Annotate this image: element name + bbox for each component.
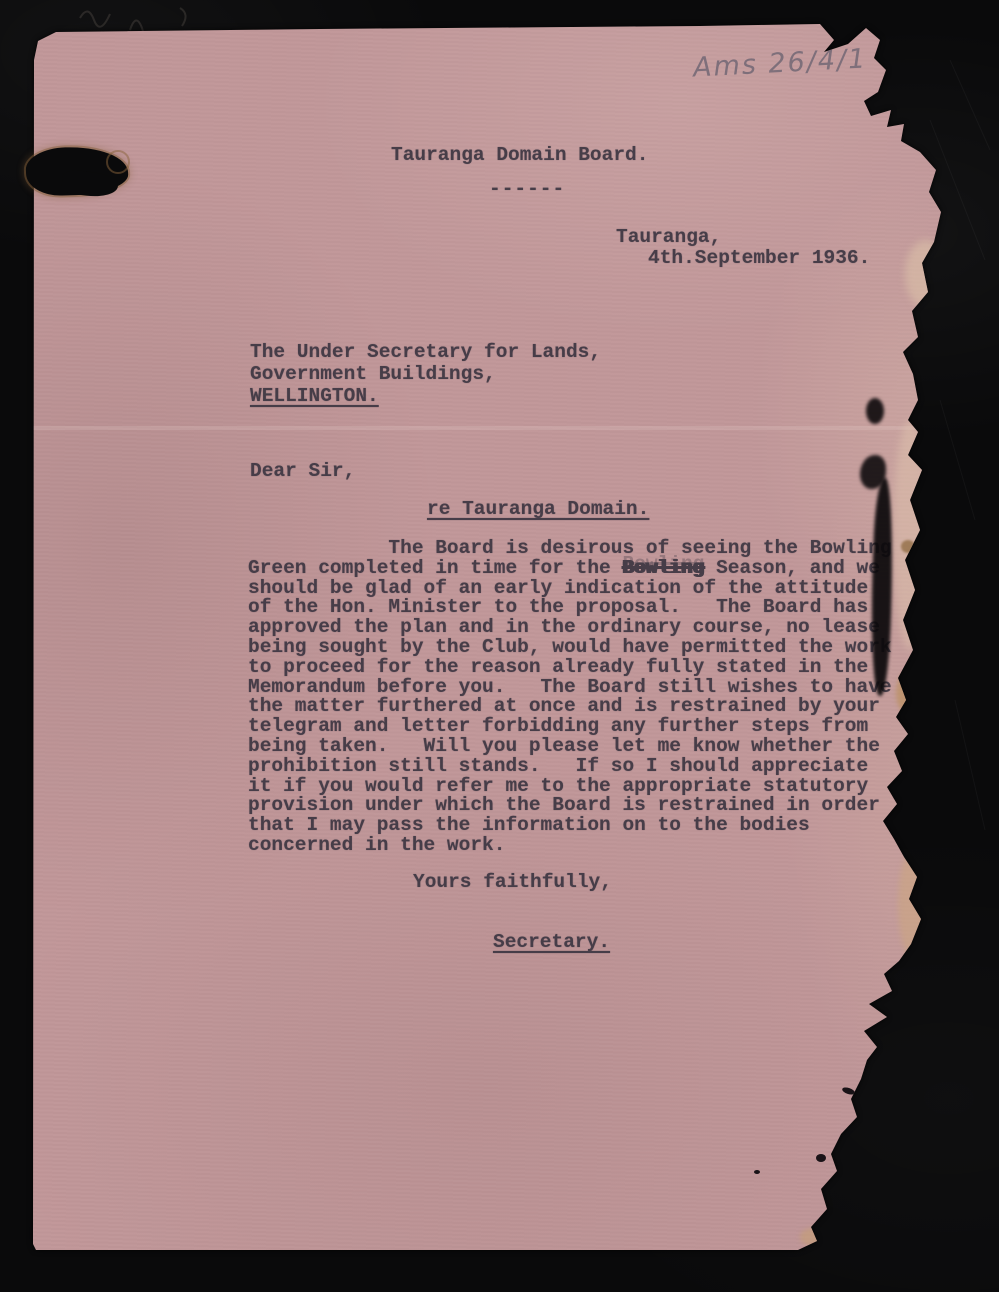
signature-title: Secretary. xyxy=(493,933,610,953)
brown-spot xyxy=(901,540,915,553)
pale-fiber-strip xyxy=(893,420,927,650)
letter-paper: Tauranga Domain Board. ------ Tauranga, … xyxy=(0,0,999,1292)
paper-speck xyxy=(816,1154,826,1162)
tear-shadow-dot xyxy=(866,398,884,424)
archive-reference-annotation: Ams 26/4/1 xyxy=(692,43,868,83)
letter-organization-title: Tauranga Domain Board. xyxy=(391,146,648,166)
closing-phrase: Yours faithfully, xyxy=(413,873,612,893)
tan-stain xyxy=(800,1228,826,1246)
letter-date: 4th.September 1936. xyxy=(648,249,870,269)
recipient-line-1: The Under Secretary for Lands, xyxy=(250,343,601,363)
letter-body: The Board is desirous of seeing the Bowl… xyxy=(248,539,892,856)
tan-stain xyxy=(905,240,947,308)
letter-place: Tauranga, xyxy=(616,228,721,248)
body-text-after: Season, and we should be glad of an earl… xyxy=(248,557,892,856)
recipient-line-2: Government Buildings, xyxy=(250,365,496,385)
salutation: Dear Sir, xyxy=(250,462,355,482)
struck-out-word: Bowling xyxy=(622,557,704,579)
singe-ring xyxy=(106,150,130,174)
tan-stain xyxy=(898,848,930,960)
subject-line: re Tauranga Domain. xyxy=(427,500,649,520)
title-divider-dashes: ------ xyxy=(489,180,565,200)
letter-paper-wrap: Tauranga Domain Board. ------ Tauranga, … xyxy=(0,0,999,1292)
tan-stain xyxy=(896,672,920,714)
tear-shadow-streak xyxy=(868,478,896,697)
paper-speck xyxy=(841,1086,855,1096)
scanned-letter-page: Tauranga Domain Board. ------ Tauranga, … xyxy=(0,0,999,1292)
recipient-city: WELLINGTON. xyxy=(250,387,379,407)
paper-speck xyxy=(754,1170,760,1174)
